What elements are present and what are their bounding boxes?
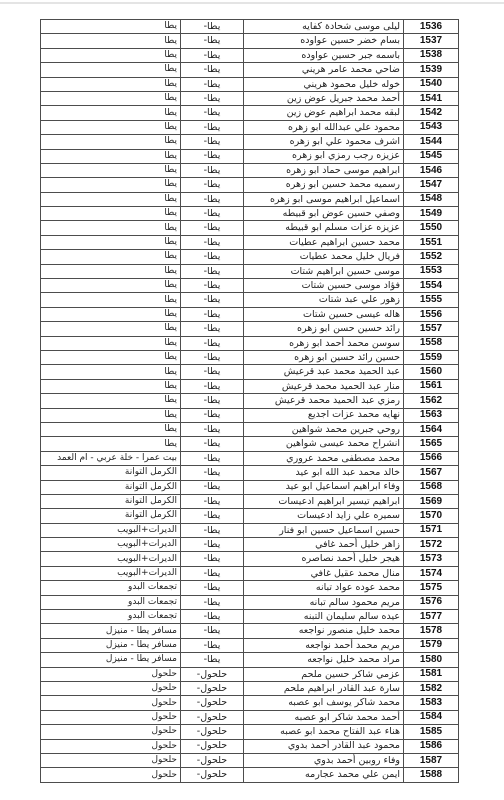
name-cell: سارة عبد القادر ابراهيم ملحم <box>244 681 404 695</box>
district-cell: يطا- <box>181 624 244 638</box>
name-cell: خالد محمد عبد الله ابو عيد <box>244 466 404 480</box>
row-number-cell: 1537 <box>404 34 459 48</box>
row-number-cell: 1539 <box>404 63 459 77</box>
row-number-cell: 1549 <box>404 207 459 221</box>
row-number-cell: 1577 <box>404 610 459 624</box>
table-row: 1551محمد حسين ابراهيم عطياتيطا-يطا <box>41 235 459 249</box>
locality-cell: يطا <box>41 135 181 149</box>
row-number-cell: 1567 <box>404 466 459 480</box>
locality-cell: الديرات+البويب <box>41 552 181 566</box>
district-cell: يطا- <box>181 653 244 667</box>
locality-cell: يطا <box>41 77 181 91</box>
district-cell: يطا- <box>181 48 244 62</box>
row-number-cell: 1575 <box>404 581 459 595</box>
locality-cell: يطا <box>41 437 181 451</box>
name-cell: أحمد محمد جبريل عوض زين <box>244 91 404 105</box>
district-cell: يطا- <box>181 437 244 451</box>
locality-cell: يطا <box>41 48 181 62</box>
name-cell: مريم محمود سالم تبانه <box>244 595 404 609</box>
locality-cell: يطا <box>41 250 181 264</box>
locality-cell: يطا <box>41 163 181 177</box>
row-number-cell: 1579 <box>404 638 459 652</box>
district-cell: يطا- <box>181 365 244 379</box>
table-row: 1549وصفي حسين عوض ابو قبيطهيطا-يطا <box>41 207 459 221</box>
locality-cell: الكرمل التوانة <box>41 480 181 494</box>
name-cell: لبقه محمد ابراهيم عوض زين <box>244 106 404 120</box>
row-number-cell: 1583 <box>404 696 459 710</box>
name-cell: محمود علي عبدالله ابو زهره <box>244 120 404 134</box>
name-cell: ايمن علي محمد عجارمه <box>244 768 404 782</box>
locality-cell: حلحول <box>41 667 181 681</box>
table-row: 1554فؤاد موسى حسين شتاتيطا-يطا <box>41 279 459 293</box>
locality-cell: الكرمل التوانة <box>41 466 181 480</box>
row-number-cell: 1541 <box>404 91 459 105</box>
name-cell: ليلى موسى شحادة كفايه <box>244 20 404 34</box>
name-cell: وصفي حسين عوض ابو قبيطه <box>244 207 404 221</box>
table-row: 1536ليلى موسى شحادة كفايهيطا-يطا <box>41 20 459 34</box>
district-cell: يطا- <box>181 538 244 552</box>
table-row: 1573هيجر خليل أحمد نصاصرهيطا-الديرات+الب… <box>41 552 459 566</box>
locality-cell: تجمعات البدو <box>41 581 181 595</box>
names-roster-table: 1536ليلى موسى شحادة كفايهيطا-يطا1537بسام… <box>40 19 459 783</box>
locality-cell: يطا <box>41 34 181 48</box>
row-number-cell: 1557 <box>404 322 459 336</box>
name-cell: اشرف محمود علي ابو زهره <box>244 135 404 149</box>
locality-cell: الكرمل التوانة <box>41 509 181 523</box>
row-number-cell: 1561 <box>404 379 459 393</box>
locality-cell: الديرات+البويب <box>41 523 181 537</box>
locality-cell: مسافر يطا - منيزل <box>41 638 181 652</box>
district-cell: يطا- <box>181 408 244 422</box>
table-row: 1543محمود علي عبدالله ابو زهرهيطا-يطا <box>41 120 459 134</box>
table-row: 1584أحمد محمد شاكر ابو عصبهحلحول-حلحول <box>41 710 459 724</box>
row-number-cell: 1576 <box>404 595 459 609</box>
district-cell: يطا- <box>181 34 244 48</box>
name-cell: عزمي شاكر حسين ملحم <box>244 667 404 681</box>
district-cell: يطا- <box>181 264 244 278</box>
district-cell: حلحول- <box>181 667 244 681</box>
row-number-cell: 1542 <box>404 106 459 120</box>
district-cell: يطا- <box>181 523 244 537</box>
district-cell: يطا- <box>181 221 244 235</box>
district-cell: يطا- <box>181 595 244 609</box>
table-row: 1537بسام خضر حسين عواودهيطا-يطا <box>41 34 459 48</box>
table-row: 1563نهايه محمد عزات اجديعيطا-يطا <box>41 408 459 422</box>
row-number-cell: 1587 <box>404 753 459 767</box>
row-number-cell: 1563 <box>404 408 459 422</box>
district-cell: يطا- <box>181 610 244 624</box>
locality-cell: يطا <box>41 307 181 321</box>
row-number-cell: 1566 <box>404 451 459 465</box>
table-row: 1546ابراهيم موسى حماد ابو زهرهيطا-يطا <box>41 163 459 177</box>
district-cell: يطا- <box>181 466 244 480</box>
roster-table-body: 1536ليلى موسى شحادة كفايهيطا-يطا1537بسام… <box>41 20 459 783</box>
row-number-cell: 1540 <box>404 77 459 91</box>
locality-cell: حلحول <box>41 768 181 782</box>
locality-cell: يطا <box>41 264 181 278</box>
table-row: 1587وفاء روبين أحمد بدويحلحول-حلحول <box>41 753 459 767</box>
row-number-cell: 1582 <box>404 681 459 695</box>
name-cell: عيده سالم سليمان التبنه <box>244 610 404 624</box>
name-cell: محمود عبد القادر أحمد بدوي <box>244 739 404 753</box>
table-row: 1562رمزي عبد الحميد محمد قرعيشيطا-يطا <box>41 394 459 408</box>
table-row: 1552فريال خليل محمد عطياتيطا-يطا <box>41 250 459 264</box>
row-number-cell: 1573 <box>404 552 459 566</box>
locality-cell: تجمعات البدو <box>41 595 181 609</box>
row-number-cell: 1551 <box>404 235 459 249</box>
locality-cell: الديرات+البويب <box>41 538 181 552</box>
locality-cell: يطا <box>41 379 181 393</box>
table-row: 1550عزيزه عزات مسلم ابو قبيطهيطا-يطا <box>41 221 459 235</box>
district-cell: يطا- <box>181 394 244 408</box>
locality-cell: مسافر يطا - منيزل <box>41 624 181 638</box>
name-cell: أحمد محمد شاكر ابو عصبه <box>244 710 404 724</box>
name-cell: عزيزه عزات مسلم ابو قبيطه <box>244 221 404 235</box>
table-row: 1571حسين اسماعيل حسين ابو فناريطا-الديرا… <box>41 523 459 537</box>
district-cell: حلحول- <box>181 739 244 753</box>
table-row: 1585هناء عبد الفتاح محمد ابو عصبهحلحول-ح… <box>41 725 459 739</box>
locality-cell: يطا <box>41 336 181 350</box>
locality-cell: يطا <box>41 408 181 422</box>
name-cell: محمد خليل منصور نواجعه <box>244 624 404 638</box>
locality-cell: حلحول <box>41 710 181 724</box>
district-cell: حلحول- <box>181 753 244 767</box>
row-number-cell: 1574 <box>404 566 459 580</box>
table-row: 1561منار عبد الحميد محمد قرعيشيطا-يطا <box>41 379 459 393</box>
name-cell: ابراهيم موسى حماد ابو زهره <box>244 163 404 177</box>
district-cell: يطا- <box>181 480 244 494</box>
name-cell: عبد الحميد محمد عبد قرعيش <box>244 365 404 379</box>
name-cell: عزيزه رجب رمزي ابو زهره <box>244 149 404 163</box>
locality-cell: الديرات+البويب <box>41 566 181 580</box>
district-cell: يطا- <box>181 135 244 149</box>
name-cell: زهور علي عبد شتات <box>244 293 404 307</box>
row-number-cell: 1550 <box>404 221 459 235</box>
table-row: 1544اشرف محمود علي ابو زهرهيطا-يطا <box>41 135 459 149</box>
name-cell: محمد مصطفى محمد عروري <box>244 451 404 465</box>
district-cell: يطا- <box>181 235 244 249</box>
locality-cell: يطا <box>41 279 181 293</box>
district-cell: حلحول- <box>181 681 244 695</box>
row-number-cell: 1578 <box>404 624 459 638</box>
locality-cell: يطا <box>41 207 181 221</box>
table-row: 1540خوله خليل محمود هرينييطا-يطا <box>41 77 459 91</box>
locality-cell: حلحول <box>41 725 181 739</box>
row-number-cell: 1564 <box>404 422 459 436</box>
table-row: 1538باسمه جبر حسين عواودهيطا-يطا <box>41 48 459 62</box>
locality-cell: الكرمل التوانة <box>41 494 181 508</box>
locality-cell: يطا <box>41 192 181 206</box>
name-cell: روحي جبرين محمد شواهين <box>244 422 404 436</box>
row-number-cell: 1584 <box>404 710 459 724</box>
table-row: 1577عيده سالم سليمان التبنهيطا-تجمعات ال… <box>41 610 459 624</box>
row-number-cell: 1569 <box>404 494 459 508</box>
table-row: 1539ضاحي محمد عامر هرينييطا-يطا <box>41 63 459 77</box>
name-cell: محمد شاكر يوسف ابو عصبه <box>244 696 404 710</box>
locality-cell: يطا <box>41 235 181 249</box>
row-number-cell: 1565 <box>404 437 459 451</box>
district-cell: يطا- <box>181 566 244 580</box>
row-number-cell: 1556 <box>404 307 459 321</box>
table-row: 1578محمد خليل منصور نواجعهيطا-مسافر يطا … <box>41 624 459 638</box>
district-cell: يطا- <box>181 192 244 206</box>
name-cell: رائد حسين حسن ابو زهره <box>244 322 404 336</box>
district-cell: يطا- <box>181 379 244 393</box>
locality-cell: حلحول <box>41 696 181 710</box>
row-number-cell: 1554 <box>404 279 459 293</box>
table-row: 1547رسميه محمد حسين ابو زهرهيطا-يطا <box>41 178 459 192</box>
name-cell: اسماعيل ابراهيم موسى ابو زهره <box>244 192 404 206</box>
document-page: 1536ليلى موسى شحادة كفايهيطا-يطا1537بسام… <box>0 0 504 800</box>
district-cell: يطا- <box>181 350 244 364</box>
table-row: 1557رائد حسين حسن ابو زهرهيطا-يطا <box>41 322 459 336</box>
row-number-cell: 1538 <box>404 48 459 62</box>
district-cell: يطا- <box>181 63 244 77</box>
district-cell: يطا- <box>181 638 244 652</box>
row-number-cell: 1558 <box>404 336 459 350</box>
table-row: 1542لبقه محمد ابراهيم عوض زينيطا-يطا <box>41 106 459 120</box>
name-cell: هيجر خليل أحمد نصاصره <box>244 552 404 566</box>
district-cell: حلحول- <box>181 696 244 710</box>
table-row: 1545عزيزه رجب رمزي ابو زهرهيطا-يطا <box>41 149 459 163</box>
table-row: 1580مراد محمد خليل نواجعهيطا-مسافر يطا -… <box>41 653 459 667</box>
district-cell: يطا- <box>181 422 244 436</box>
table-row: 1564روحي جبرين محمد شواهينيطا-يطا <box>41 422 459 436</box>
district-cell: حلحول- <box>181 768 244 782</box>
row-number-cell: 1570 <box>404 509 459 523</box>
name-cell: حسين اسماعيل حسين ابو فنار <box>244 523 404 537</box>
row-number-cell: 1588 <box>404 768 459 782</box>
table-row: 1559حسين رائد حسين ابو زهرهيطا-يطا <box>41 350 459 364</box>
locality-cell: يطا <box>41 365 181 379</box>
row-number-cell: 1545 <box>404 149 459 163</box>
name-cell: زاهر خليل أحمد غافي <box>244 538 404 552</box>
locality-cell: يطا <box>41 63 181 77</box>
table-row: 1570سميره علي زايد ادعيساتيطا-الكرمل الت… <box>41 509 459 523</box>
name-cell: محمد عوده عواد تبانه <box>244 581 404 595</box>
name-cell: خوله خليل محمود هريني <box>244 77 404 91</box>
locality-cell: يطا <box>41 221 181 235</box>
row-number-cell: 1543 <box>404 120 459 134</box>
table-row: 1579مريم محمد أحمد نواجعهيطا-مسافر يطا -… <box>41 638 459 652</box>
name-cell: بسام خضر حسين عواوده <box>244 34 404 48</box>
row-number-cell: 1572 <box>404 538 459 552</box>
locality-cell: يطا <box>41 178 181 192</box>
table-row: 1572زاهر خليل أحمد غافييطا-الديرات+البوي… <box>41 538 459 552</box>
district-cell: يطا- <box>181 91 244 105</box>
district-cell: يطا- <box>181 494 244 508</box>
name-cell: ابراهيم تيسير ابراهيم ادعيسات <box>244 494 404 508</box>
row-number-cell: 1544 <box>404 135 459 149</box>
name-cell: سميره علي زايد ادعيسات <box>244 509 404 523</box>
row-number-cell: 1536 <box>404 20 459 34</box>
locality-cell: حلحول <box>41 753 181 767</box>
district-cell: يطا- <box>181 293 244 307</box>
table-row: 1586محمود عبد القادر أحمد بدويحلحول-حلحو… <box>41 739 459 753</box>
district-cell: يطا- <box>181 178 244 192</box>
row-number-cell: 1581 <box>404 667 459 681</box>
district-cell: يطا- <box>181 552 244 566</box>
locality-cell: يطا <box>41 106 181 120</box>
district-cell: يطا- <box>181 451 244 465</box>
district-cell: يطا- <box>181 77 244 91</box>
name-cell: ضاحي محمد عامر هريني <box>244 63 404 77</box>
table-row: 1541أحمد محمد جبريل عوض زينيطا-يطا <box>41 91 459 105</box>
name-cell: انشراح محمد عيسى شواهين <box>244 437 404 451</box>
name-cell: سوسن محمد أحمد ابو زهره <box>244 336 404 350</box>
row-number-cell: 1586 <box>404 739 459 753</box>
district-cell: يطا- <box>181 120 244 134</box>
table-row: 1555زهور علي عبد شتاتيطا-يطا <box>41 293 459 307</box>
district-cell: يطا- <box>181 509 244 523</box>
row-number-cell: 1546 <box>404 163 459 177</box>
table-row: 1566محمد مصطفى محمد عرورييطا-بيت عمرا - … <box>41 451 459 465</box>
table-row: 1576مريم محمود سالم تبانهيطا-تجمعات البد… <box>41 595 459 609</box>
table-row: 1581عزمي شاكر حسين ملحمحلحول-حلحول <box>41 667 459 681</box>
table-row: 1568وفاء ابراهيم اسماعيل ابو عيديطا-الكر… <box>41 480 459 494</box>
locality-cell: يطا <box>41 422 181 436</box>
row-number-cell: 1560 <box>404 365 459 379</box>
table-row: 1567خالد محمد عبد الله ابو عيديطا-الكرمل… <box>41 466 459 480</box>
locality-cell: يطا <box>41 149 181 163</box>
table-row: 1556هاله عيسى حسين شتاتيطا-يطا <box>41 307 459 321</box>
row-number-cell: 1552 <box>404 250 459 264</box>
locality-cell: يطا <box>41 293 181 307</box>
district-cell: يطا- <box>181 322 244 336</box>
district-cell: يطا- <box>181 163 244 177</box>
table-row: 1558سوسن محمد أحمد ابو زهرهيطا-يطا <box>41 336 459 350</box>
table-row: 1553موسى حسين ابراهيم شتاتيطا-يطا <box>41 264 459 278</box>
name-cell: وفاء روبين أحمد بدوي <box>244 753 404 767</box>
name-cell: هاله عيسى حسين شتات <box>244 307 404 321</box>
locality-cell: يطا <box>41 394 181 408</box>
table-row: 1583محمد شاكر يوسف ابو عصبهحلحول-حلحول <box>41 696 459 710</box>
name-cell: رمزي عبد الحميد محمد قرعيش <box>244 394 404 408</box>
row-number-cell: 1585 <box>404 725 459 739</box>
name-cell: باسمه جبر حسين عواوده <box>244 48 404 62</box>
district-cell: يطا- <box>181 581 244 595</box>
row-number-cell: 1548 <box>404 192 459 206</box>
name-cell: حسين رائد حسين ابو زهره <box>244 350 404 364</box>
district-cell: يطا- <box>181 250 244 264</box>
table-row: 1588ايمن علي محمد عجارمهحلحول-حلحول <box>41 768 459 782</box>
name-cell: منال محمد عقيل غافي <box>244 566 404 580</box>
district-cell: يطا- <box>181 307 244 321</box>
name-cell: فؤاد موسى حسين شتات <box>244 279 404 293</box>
locality-cell: يطا <box>41 350 181 364</box>
table-row: 1582سارة عبد القادر ابراهيم ملحمحلحول-حل… <box>41 681 459 695</box>
name-cell: محمد حسين ابراهيم عطيات <box>244 235 404 249</box>
district-cell: يطا- <box>181 279 244 293</box>
row-number-cell: 1580 <box>404 653 459 667</box>
name-cell: نهايه محمد عزات اجديع <box>244 408 404 422</box>
name-cell: مريم محمد أحمد نواجعه <box>244 638 404 652</box>
name-cell: وفاء ابراهيم اسماعيل ابو عيد <box>244 480 404 494</box>
locality-cell: تجمعات البدو <box>41 610 181 624</box>
name-cell: هناء عبد الفتاح محمد ابو عصبه <box>244 725 404 739</box>
row-number-cell: 1571 <box>404 523 459 537</box>
district-cell: يطا- <box>181 207 244 221</box>
name-cell: رسميه محمد حسين ابو زهره <box>244 178 404 192</box>
table-row: 1575محمد عوده عواد تبانهيطا-تجمعات البدو <box>41 581 459 595</box>
table-row: 1569ابراهيم تيسير ابراهيم ادعيساتيطا-الك… <box>41 494 459 508</box>
district-cell: يطا- <box>181 20 244 34</box>
row-number-cell: 1559 <box>404 350 459 364</box>
name-cell: منار عبد الحميد محمد قرعيش <box>244 379 404 393</box>
name-cell: فريال خليل محمد عطيات <box>244 250 404 264</box>
table-row: 1574منال محمد عقيل غافييطا-الديرات+البوي… <box>41 566 459 580</box>
locality-cell: يطا <box>41 322 181 336</box>
district-cell: يطا- <box>181 149 244 163</box>
row-number-cell: 1555 <box>404 293 459 307</box>
row-number-cell: 1568 <box>404 480 459 494</box>
table-row: 1560عبد الحميد محمد عبد قرعيشيطا-يطا <box>41 365 459 379</box>
locality-cell: يطا <box>41 91 181 105</box>
table-row: 1565انشراح محمد عيسى شواهينيطا-يطا <box>41 437 459 451</box>
locality-cell: بيت عمرا - خلة عربي - ام العمد <box>41 451 181 465</box>
locality-cell: حلحول <box>41 681 181 695</box>
locality-cell: يطا <box>41 120 181 134</box>
district-cell: حلحول- <box>181 710 244 724</box>
row-number-cell: 1547 <box>404 178 459 192</box>
locality-cell: يطا <box>41 20 181 34</box>
locality-cell: مسافر يطا - منيزل <box>41 653 181 667</box>
district-cell: حلحول- <box>181 725 244 739</box>
scan-edge-line <box>0 2 504 4</box>
row-number-cell: 1562 <box>404 394 459 408</box>
name-cell: مراد محمد خليل نواجعه <box>244 653 404 667</box>
row-number-cell: 1553 <box>404 264 459 278</box>
district-cell: يطا- <box>181 336 244 350</box>
table-row: 1548اسماعيل ابراهيم موسى ابو زهرهيطا-يطا <box>41 192 459 206</box>
name-cell: موسى حسين ابراهيم شتات <box>244 264 404 278</box>
locality-cell: حلحول <box>41 739 181 753</box>
district-cell: يطا- <box>181 106 244 120</box>
